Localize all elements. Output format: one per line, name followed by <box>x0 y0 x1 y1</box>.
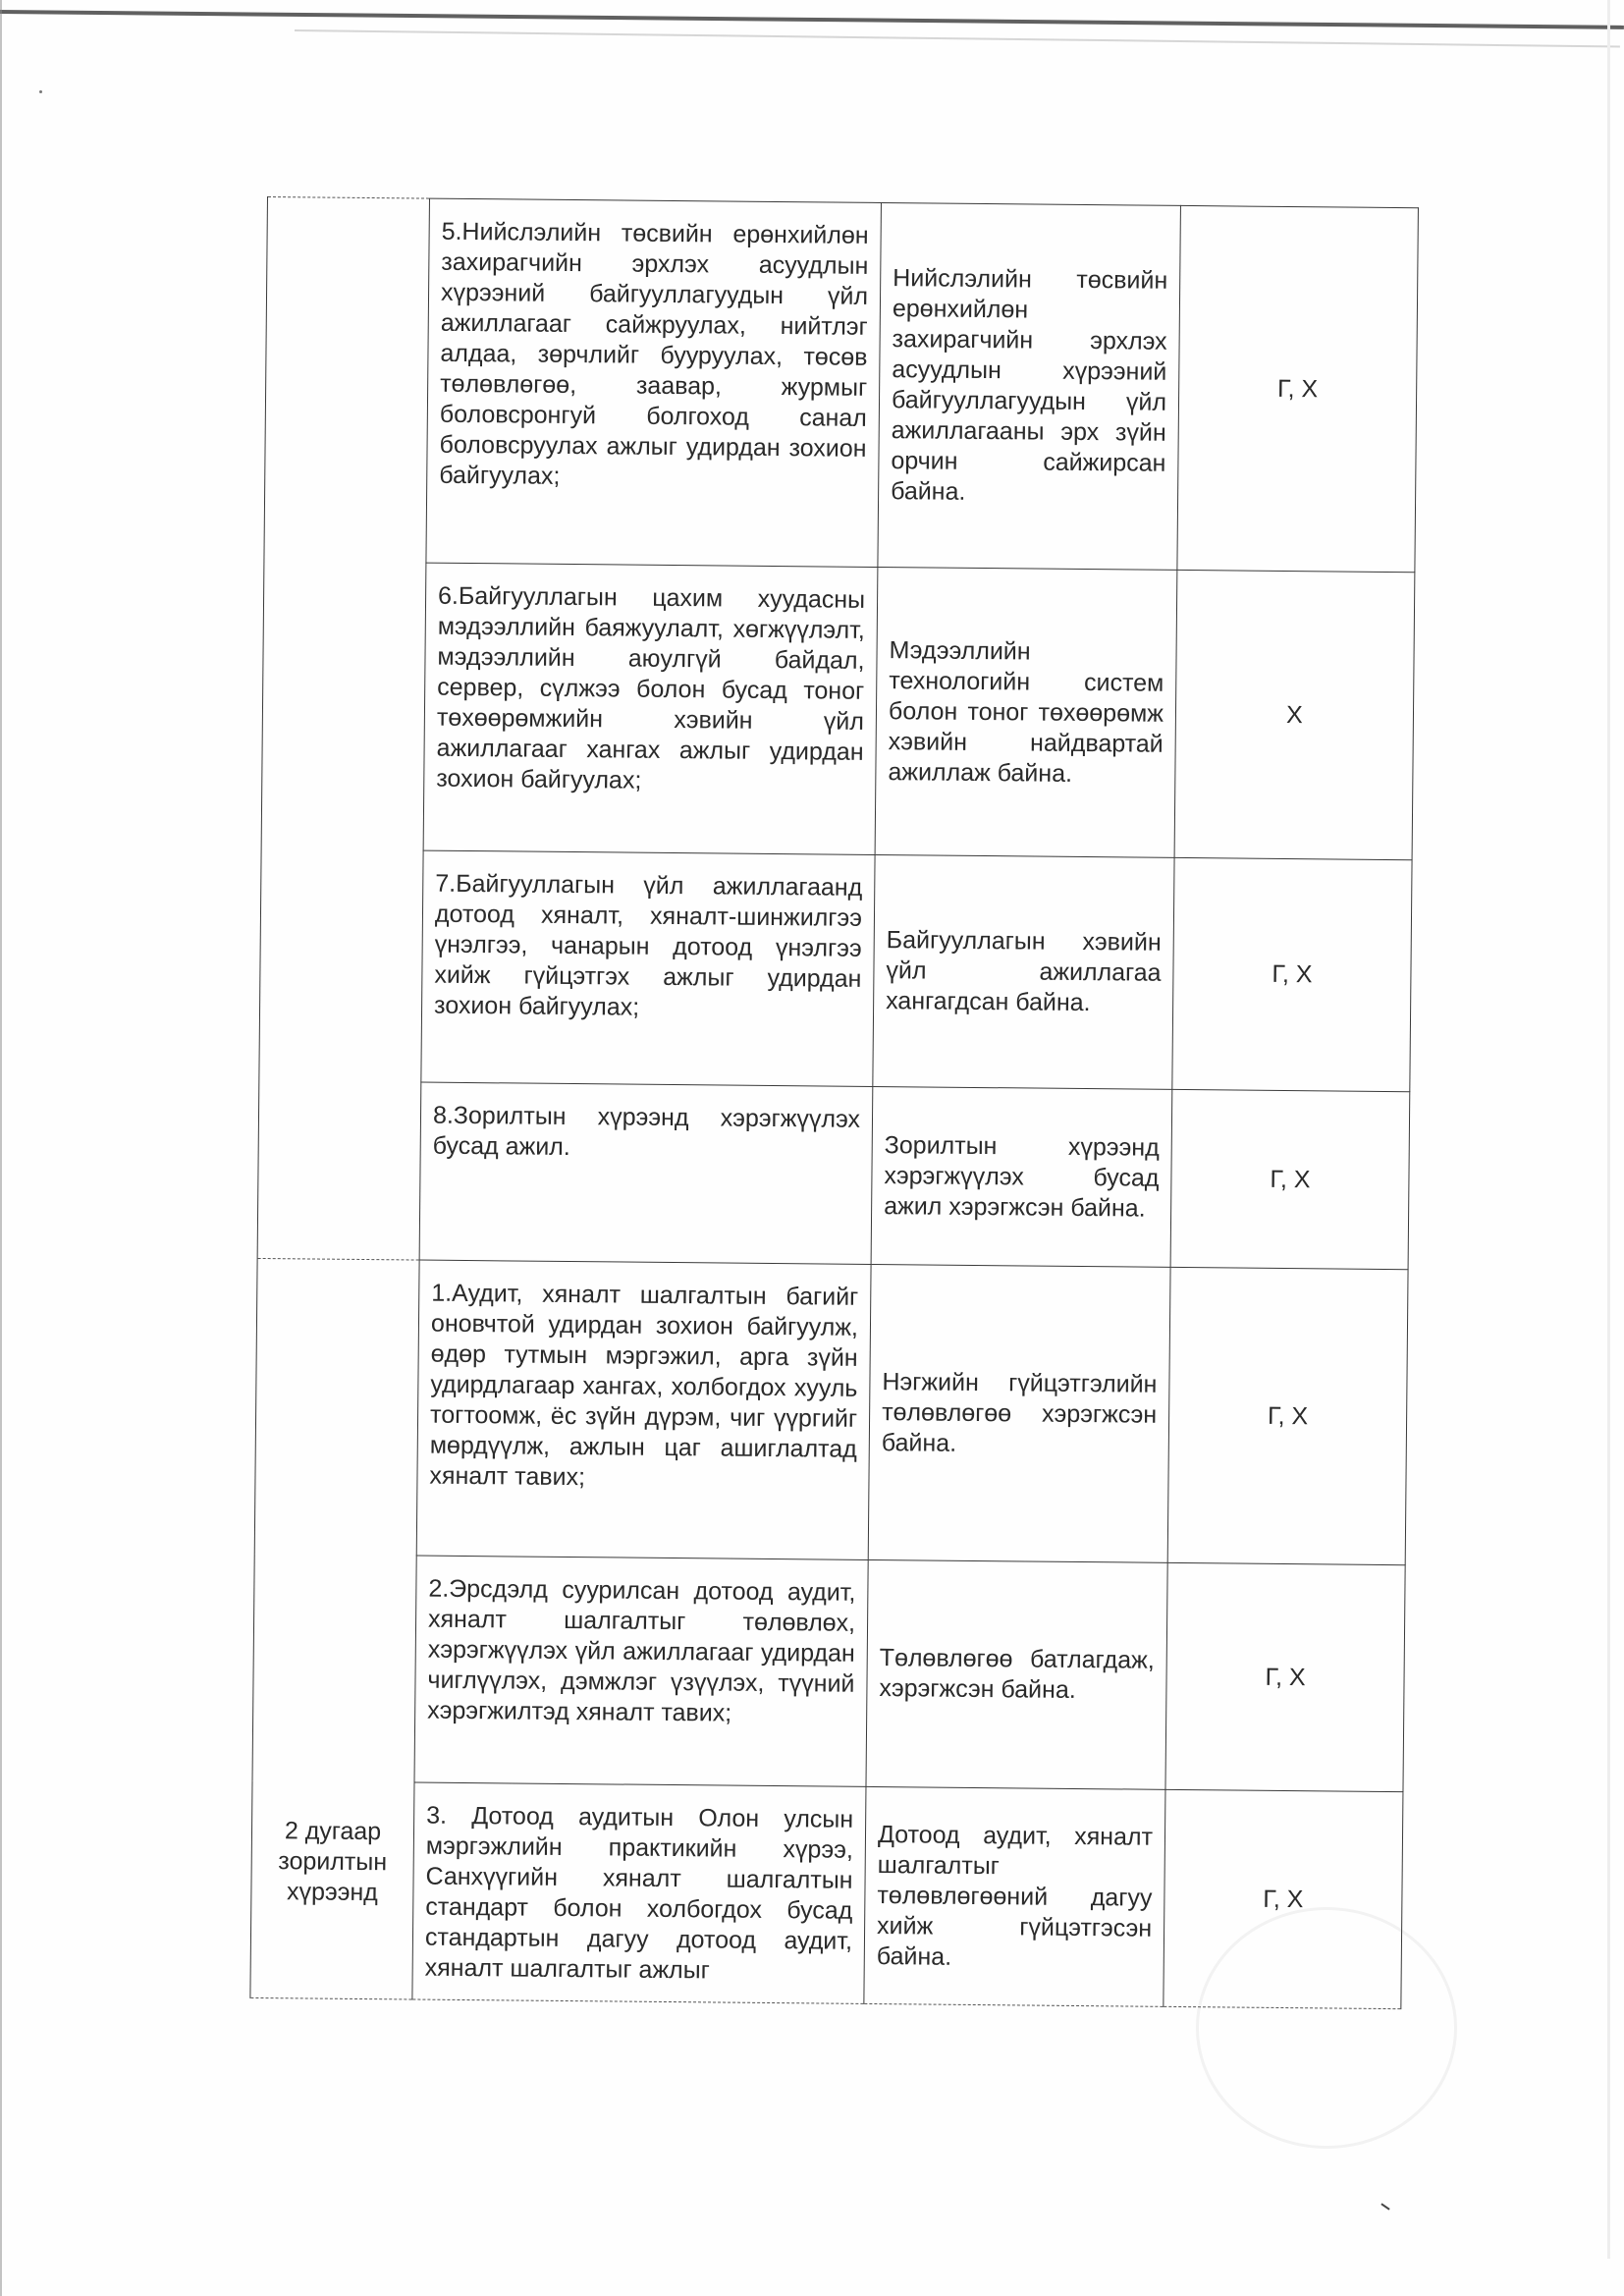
result-cell: Мэдээллийн технологийн систем болон тоно… <box>875 567 1177 857</box>
activity-cell: 8.Зорилтын хүрээнд хэрэгжүүлэх бусад ажи… <box>419 1082 873 1264</box>
activity-cell: 7.Байгууллагын үйл ажиллагаанд дотоод хя… <box>421 850 875 1086</box>
responsible-cell: Г, Х <box>1165 1562 1405 1791</box>
goal-cell: 2 дугаар зорилтын хүрээнд <box>250 1258 419 1999</box>
responsible-cell: Г, Х <box>1177 205 1419 572</box>
activity-cell: 6.Байгууллагын цахим хуудасны мэдээллийн… <box>423 563 878 854</box>
responsible-cell: Г, Х <box>1164 1789 1403 2008</box>
plan-table: 5.Нийслэлийн төсвийн ерөнхийлөн захирагч… <box>249 196 1419 2009</box>
plan-table-container: 5.Нийслэлийн төсвийн ерөнхийлөн захирагч… <box>249 196 1418 2009</box>
table-row: 8.Зорилтын хүрээнд хэрэгжүүлэх бусад ажи… <box>257 1080 1410 1269</box>
scan-edge-right <box>1607 0 1610 2259</box>
result-cell: Нэгжийн гүйцэтгэлийн төлөвлөгөө хэрэгжсэ… <box>868 1264 1170 1562</box>
table-row: 2 дугаар зорилтын хүрээнд 1.Аудит, хянал… <box>254 1258 1408 1564</box>
scan-edge-shadow <box>295 29 1620 47</box>
scan-speck <box>39 90 42 93</box>
responsible-cell: Г, Х <box>1167 1267 1408 1564</box>
goal-cell <box>257 197 429 1261</box>
result-cell: Байгууллагын хэвийн үйл ажиллагаа хангаг… <box>873 854 1174 1089</box>
responsible-cell: Х <box>1174 570 1415 859</box>
activity-cell: 3. Дотоод аудитын Олон улсын мэргэжлийн … <box>412 1782 866 2003</box>
activity-cell: 1.Аудит, хяналт шалгалтын багийг оновчто… <box>416 1260 871 1559</box>
activity-cell: 5.Нийслэлийн төсвийн ерөнхийлөн захирагч… <box>426 198 882 567</box>
responsible-cell: Г, Х <box>1172 857 1412 1091</box>
result-cell: Дотоод аудит, хяналт шалгалтыг төлөвлөгө… <box>864 1786 1165 2006</box>
activity-cell: 2.Эрсдэлд суурилсан дотоод аудит, хяналт… <box>414 1556 868 1786</box>
table-row: 2.Эрсдэлд суурилсан дотоод аудит, хяналт… <box>252 1554 1405 1791</box>
table-row: 3. Дотоод аудитын Олон улсын мэргэжлийн … <box>250 1780 1403 2008</box>
responsible-cell: Г, Х <box>1170 1089 1410 1269</box>
table-row: 7.Байгууллагын үйл ажиллагаанд дотоод хя… <box>259 848 1412 1091</box>
result-cell: Төлөвлөгөө батлагдаж, хэрэгжсэн байна. <box>866 1559 1167 1789</box>
scan-edge-top <box>0 10 1624 29</box>
scan-speck <box>1380 2203 1389 2210</box>
result-cell: Нийслэлийн төсвийн ерөнхийлөн захирагчий… <box>878 203 1181 571</box>
table-row: 5.Нийслэлийн төсвийн ерөнхийлөн захирагч… <box>264 197 1419 573</box>
result-cell: Зорилтын хүрээнд хэрэгжүүлэх бусад ажил … <box>871 1086 1172 1267</box>
table-row: 6.Байгууллагын цахим хуудасны мэдээллийн… <box>261 561 1415 859</box>
scan-edge-left <box>0 0 2 2296</box>
